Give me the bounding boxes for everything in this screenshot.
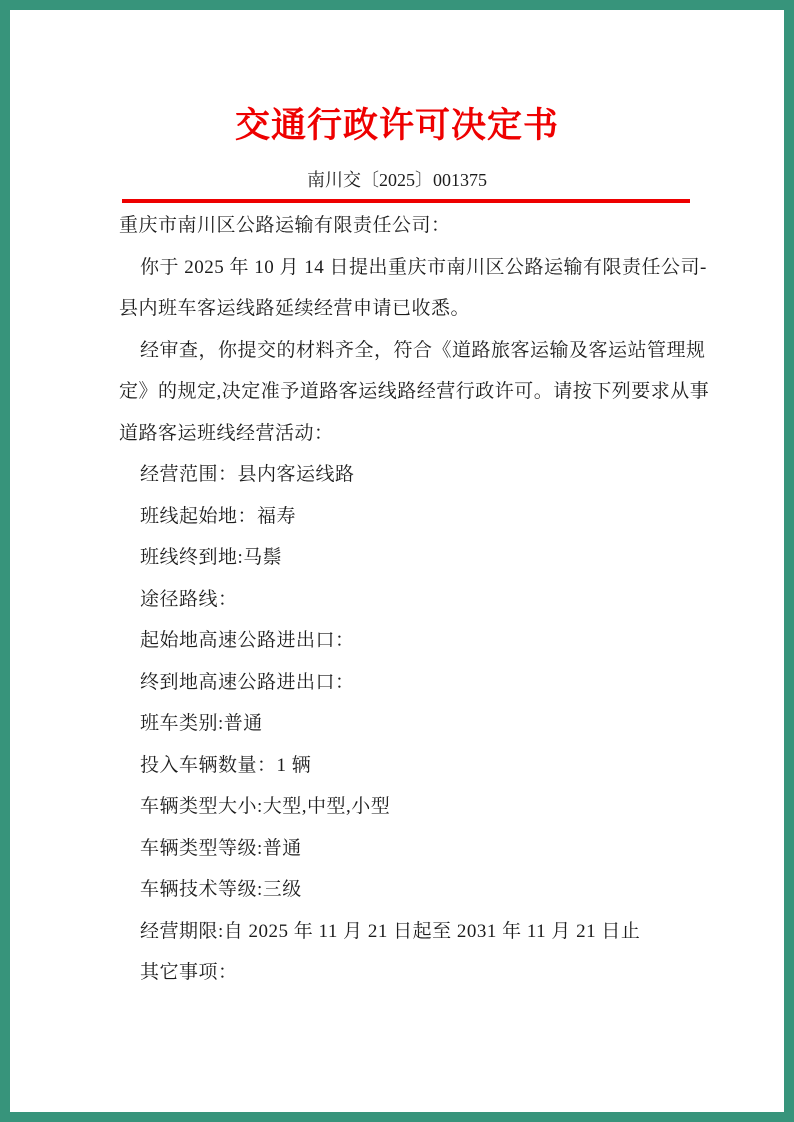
document-title: 交通行政许可决定书	[10, 103, 784, 149]
body-line: 车辆技术等级:三级	[119, 869, 694, 911]
body-line: 经审查，你提交的材料齐全，符合《道路旅客运输及客运站管理规	[119, 330, 694, 372]
body-line: 重庆市南川区公路运输有限责任公司：	[119, 205, 694, 247]
body-line: 车辆类型大小:大型,中型,小型	[119, 786, 694, 828]
body-line: 车辆类型等级:普通	[119, 828, 694, 870]
body-line: 县内班车客运线路延续经营申请已收悉。	[119, 288, 694, 330]
document-page: 交通行政许可决定书 南川交〔2025〕001375 重庆市南川区公路运输有限责任…	[10, 10, 784, 1112]
body-line: 定》的规定,决定准予道路客运线路经营行政许可。请按下列要求从事	[119, 371, 694, 413]
document-number: 南川交〔2025〕001375	[10, 169, 784, 192]
body-line: 投入车辆数量：1 辆	[119, 745, 694, 787]
body-line: 其它事项：	[119, 952, 694, 994]
body-line: 起始地高速公路进出口：	[119, 620, 694, 662]
body-line: 班线终到地:马鬃	[119, 537, 694, 579]
body-line: 你于 2025 年 10 月 14 日提出重庆市南川区公路运输有限责任公司-	[119, 247, 694, 289]
body-line: 班线起始地：福寿	[119, 496, 694, 538]
document-body: 重庆市南川区公路运输有限责任公司：你于 2025 年 10 月 14 日提出重庆…	[10, 205, 784, 994]
body-line: 经营期限:自 2025 年 11 月 21 日起至 2031 年 11 月 21…	[119, 911, 694, 953]
body-line: 经营范围：县内客运线路	[119, 454, 694, 496]
body-line: 终到地高速公路进出口：	[119, 662, 694, 704]
red-divider-rule	[122, 199, 690, 203]
body-line: 班车类别:普通	[119, 703, 694, 745]
body-line: 道路客运班线经营活动：	[119, 413, 694, 455]
body-line: 途径路线：	[119, 579, 694, 621]
